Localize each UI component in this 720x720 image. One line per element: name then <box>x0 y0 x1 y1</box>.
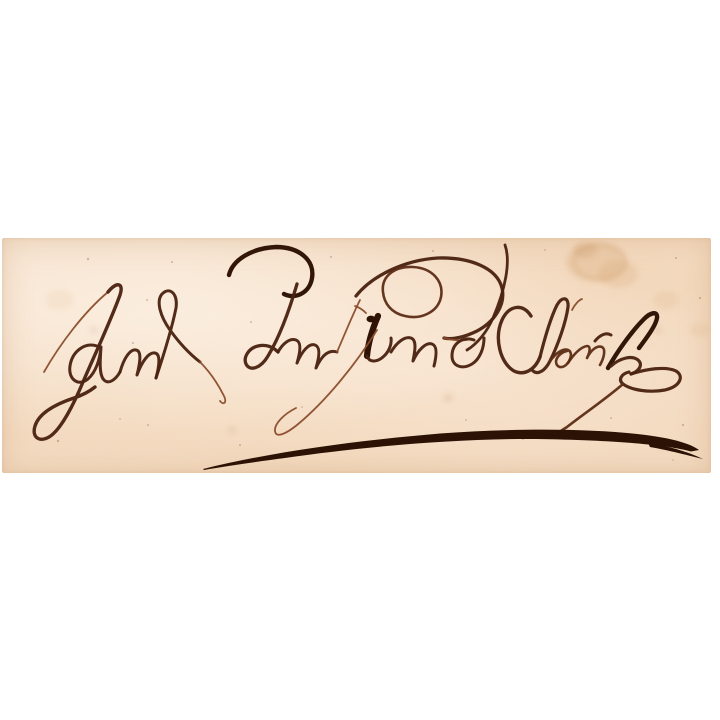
paper-fragment <box>2 238 711 473</box>
transcription: Saml Townsend Clerk <box>0 0 1 1</box>
scan-canvas: Saml Townsend <box>0 0 720 720</box>
